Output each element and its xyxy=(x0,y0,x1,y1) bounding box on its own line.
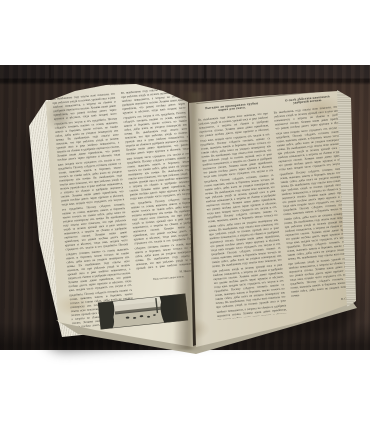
plank-seam xyxy=(204,65,206,79)
plank-seam xyxy=(49,65,51,79)
right-columns: Выгодно ли пропаривать грубые корма для … xyxy=(197,93,363,320)
gutter-shadow xyxy=(168,92,214,351)
photo-of-open-book: 42 «СЕЛЬСКІЙ ХОЗЯИНЪ» Въ нынѣшнемъ году … xyxy=(0,0,370,423)
right-page-text: № 5. ВѢСТНИКЪ СЕЛЬСКАГО ХОЗЯЙСТВА И СКОТ… xyxy=(196,85,363,320)
left-column-1: Въ нынѣшнемъ году опыты ясно показали, ч… xyxy=(52,92,135,329)
